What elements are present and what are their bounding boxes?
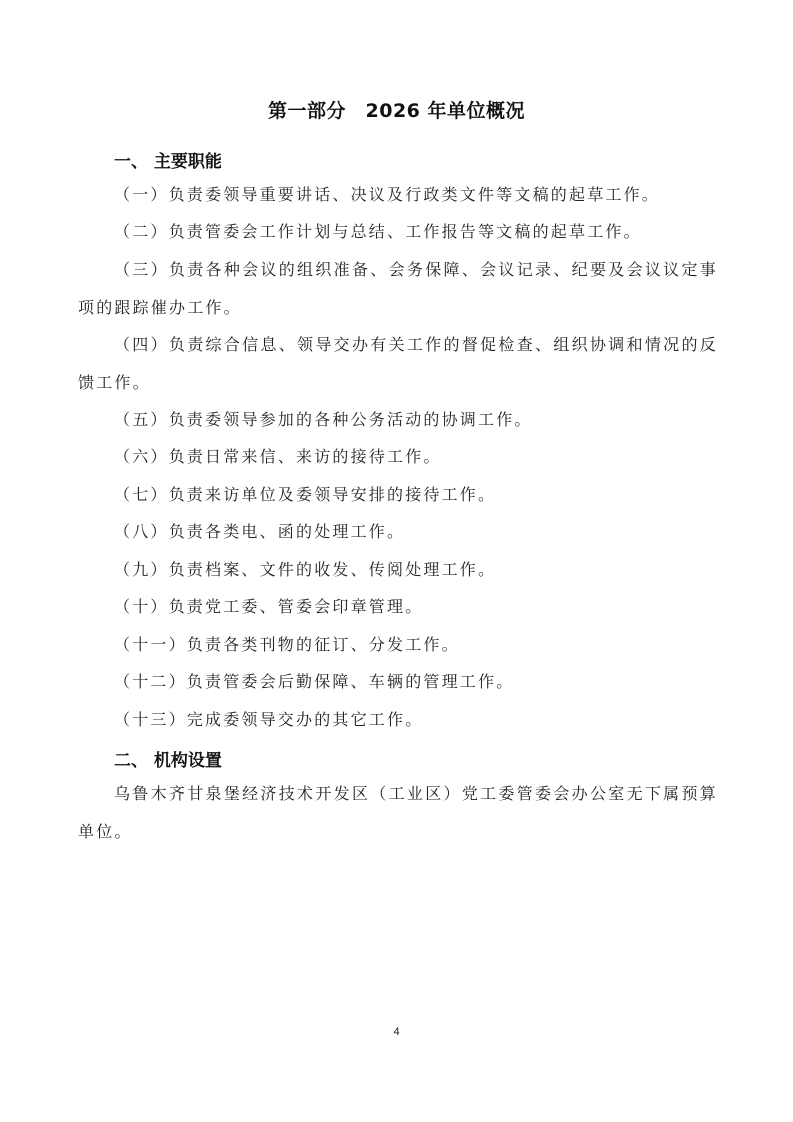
- function-item-2: （二）负责管委会工作计划与总结、工作报告等文稿的起草工作。: [78, 213, 718, 251]
- function-item-3: （三）负责各种会议的组织准备、会务保障、会议记录、纪要及会议议定事项的跟踪催办工…: [78, 251, 718, 326]
- function-item-13: （十三）完成委领导交办的其它工作。: [78, 701, 718, 739]
- function-item-6: （六）负责日常来信、来访的接待工作。: [78, 438, 718, 476]
- page-number: 4: [0, 1026, 793, 1038]
- function-item-12: （十二）负责管委会后勤保障、车辆的管理工作。: [78, 663, 718, 701]
- function-item-5: （五）负责委领导参加的各种公务活动的协调工作。: [78, 401, 718, 439]
- function-item-9: （九）负责档案、文件的收发、传阅处理工作。: [78, 551, 718, 589]
- function-item-8: （八）负责各类电、函的处理工作。: [78, 513, 718, 551]
- function-item-7: （七）负责来访单位及委领导安排的接待工作。: [78, 476, 718, 514]
- function-item-1: （一）负责委领导重要讲话、决议及行政类文件等文稿的起草工作。: [78, 176, 718, 214]
- section-heading-org-structure: 二、 机构设置: [114, 746, 222, 771]
- function-item-11: （十一）负责各类刊物的征订、分发工作。: [78, 626, 718, 664]
- function-item-10: （十）负责党工委、管委会印章管理。: [78, 588, 718, 626]
- org-structure-body: 乌鲁木齐甘泉堡经济技术开发区（工业区）党工委管委会办公室无下属预算单位。: [78, 775, 718, 850]
- section-heading-main-functions: 一、 主要职能: [114, 147, 222, 172]
- page-title: 第一部分 2026 年单位概况: [0, 96, 793, 123]
- function-item-4: （四）负责综合信息、领导交办有关工作的督促检查、组织协调和情况的反馈工作。: [78, 326, 718, 401]
